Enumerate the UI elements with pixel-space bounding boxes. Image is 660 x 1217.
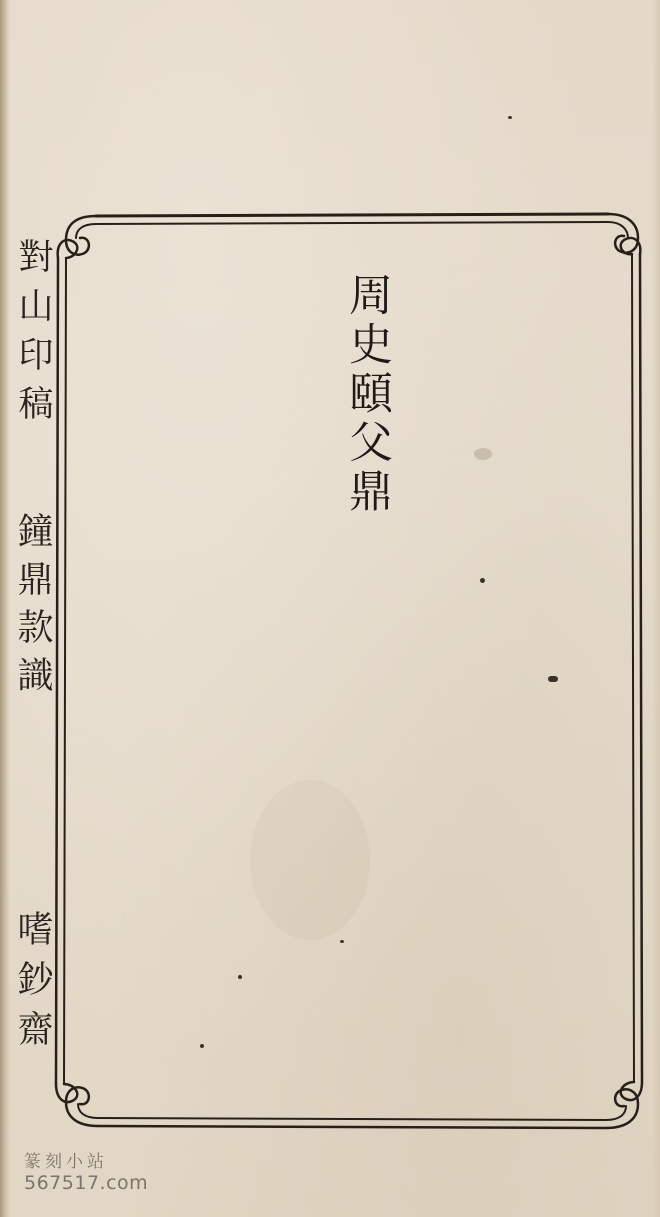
studio-name: 嗜鈔齋 [6,910,50,1060]
inscription-title: 周史頤父鼎 [328,272,388,517]
paper-stain [474,448,492,460]
ink-speck [200,1044,204,1048]
ink-speck [548,676,558,682]
watermark-site-name: 篆刻小站 [24,1152,148,1172]
paper-stain [250,780,370,940]
book-title: 對山印稿 [6,238,50,434]
section-title: 鐘鼎款識 [6,512,50,704]
ink-speck [480,578,485,583]
ink-speck [508,116,512,119]
ink-speck [340,940,344,943]
scanned-page: 對山印稿 鐘鼎款識 嗜鈔齋 [0,0,660,1217]
ink-speck [238,975,242,979]
watermark-url: 567517.com [24,1172,148,1195]
watermark: 篆刻小站 567517.com [24,1152,148,1195]
page-edge [652,0,660,1217]
